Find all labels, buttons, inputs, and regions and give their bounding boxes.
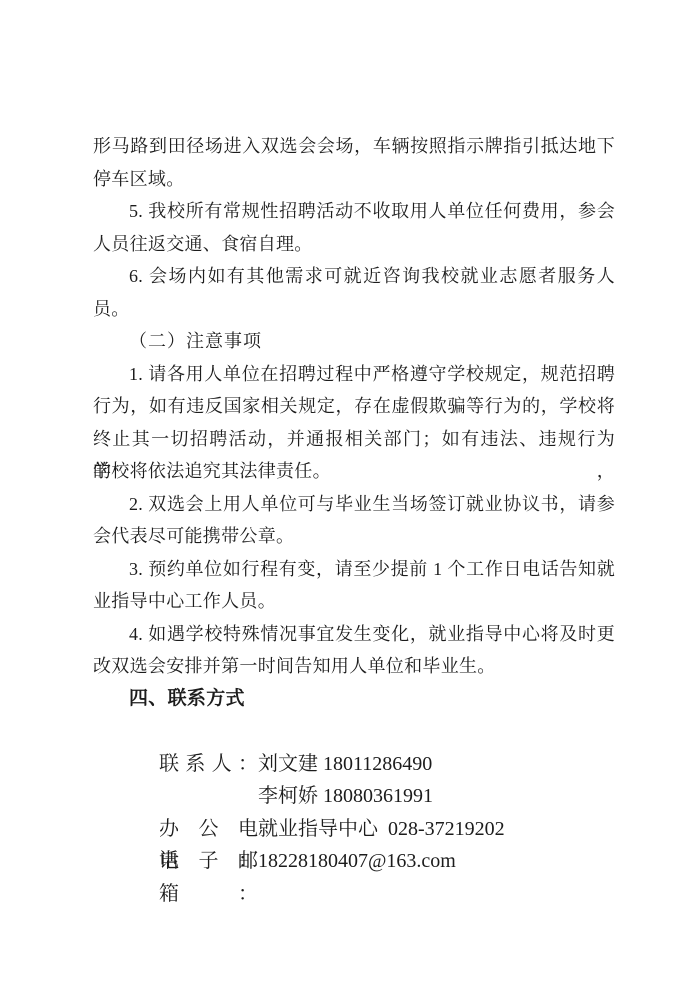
document-content: 形马路到田径场进入双选会会场，车辆按照指示牌指引抵达地下 停车区域。 5. 我校… xyxy=(93,130,615,845)
list-item-1: 1. 请各用人单位在招聘过程中严格遵守学校规定，规范招聘 xyxy=(93,358,615,391)
paragraph-line: 终止其一切招聘活动，并通报相关部门；如有违法、违规行为的， xyxy=(93,423,615,456)
contact-value: 18228180407@163.com xyxy=(258,850,456,872)
contact-value: 李柯娇 18080361991 xyxy=(258,785,433,807)
paragraph-line: 人员往返交通、食宿自理。 xyxy=(93,228,615,261)
list-item-6: 6. 会场内如有其他需求可就近咨询我校就业志愿者服务人 xyxy=(93,260,615,293)
paragraph-line: 业指导中心工作人员。 xyxy=(93,585,615,618)
paragraph-line: 形马路到田径场进入双选会会场，车辆按照指示牌指引抵达地下 xyxy=(93,130,615,163)
paragraph-line: 停车区域。 xyxy=(93,163,615,196)
list-item-5: 5. 我校所有常规性招聘活动不收取用人单位任何费用，参会 xyxy=(93,195,615,228)
document-page: 形马路到田径场进入双选会会场，车辆按照指示牌指引抵达地下 停车区域。 5. 我校… xyxy=(0,0,700,990)
section-heading-notes: （二）注意事项 xyxy=(93,325,615,358)
list-item-3: 3. 预约单位如行程有变，请至少提前 1 个工作日电话告知就 xyxy=(93,553,615,586)
paragraph-line: 行为，如有违反国家相关规定，存在虚假欺骗等行为的，学校将 xyxy=(93,390,615,423)
list-item-2: 2. 双选会上用人单位可与毕业生当场签订就业协议书，请参 xyxy=(93,488,615,521)
paragraph-line: 员。 xyxy=(93,293,615,326)
contact-row-person-1: 联系人：刘文建 18011286490 xyxy=(93,715,615,748)
contact-value: 刘文建 18011286490 xyxy=(258,753,432,775)
contact-label: 联系人： xyxy=(159,748,258,781)
list-item-4: 4. 如遇学校特殊情况事宜发生变化，就业指导中心将及时更 xyxy=(93,618,615,651)
paragraph-line: 会代表尽可能携带公章。 xyxy=(93,520,615,553)
section-heading-contact: 四、联系方式 xyxy=(93,683,615,716)
contact-label: 电子邮箱： xyxy=(159,845,258,910)
contact-value: 就业指导中心 028-37219202 xyxy=(258,818,505,840)
paragraph-line: 改双选会安排并第一时间告知用人单位和毕业生。 xyxy=(93,650,615,683)
